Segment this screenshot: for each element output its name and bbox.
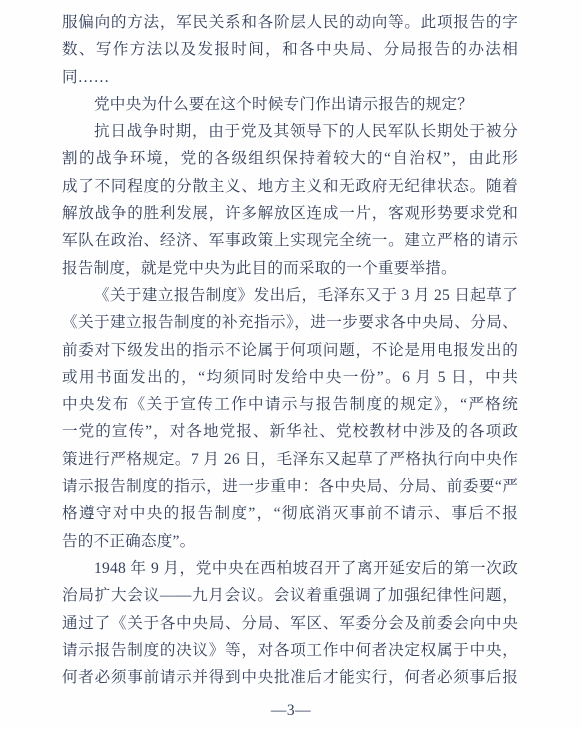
- text-line: 策进行严格规定。7 月 26 日，毛泽东又起草了严格执行向中央作: [62, 446, 518, 473]
- text-line: 一党的宣传”，对各地党报、新华社、党校教材中涉及的各项政: [62, 418, 518, 445]
- text-line: 告的不正确态度”。: [62, 528, 518, 555]
- page-number: —3—: [0, 699, 582, 723]
- text-line: 解放战争的胜利发展，许多解放区连成一片，客观形势要求党和: [62, 200, 518, 227]
- text-line: 报告制度，就是党中央为此目的而采取的一个重要举措。: [62, 255, 518, 282]
- text-line: 1948 年 9 月，党中央在西柏坡召开了离开延安后的第一次政: [62, 555, 518, 582]
- text-line: 《关于建立报告制度的补充指示》，进一步要求各中央局、分局、: [62, 309, 518, 336]
- document-page: 服偏向的方法，军民关系和各阶层人民的动向等。此项报告的字 数、写作方法以及发报时…: [0, 0, 582, 729]
- text-line: 数、写作方法以及发报时间，和各中央局、分局报告的办法相: [62, 36, 518, 63]
- text-line: 何者必须事前请示并得到中央批准后才能实行，何者必须事后报: [62, 664, 518, 691]
- text-line: 抗日战争时期，由于党及其领导下的人民军队长期处于被分: [62, 118, 518, 145]
- text-line: 《关于建立报告制度》发出后，毛泽东又于 3 月 25 日起草了: [62, 282, 518, 309]
- text-line: 或用书面发出的，“均须同时发给中央一份”。6 月 5 日，中共: [62, 364, 518, 391]
- text-line: 前委对下级发出的指示不论属于何项问题，不论是用电报发出的: [62, 337, 518, 364]
- document-body: 服偏向的方法，军民关系和各阶层人民的动向等。此项报告的字 数、写作方法以及发报时…: [62, 9, 518, 691]
- text-line: 军队在政治、经济、军事政策上实现完全统一。建立严格的请示: [62, 227, 518, 254]
- text-line: 同……: [62, 64, 518, 91]
- text-line: 请示报告制度的决议》等，对各项工作中何者决定权属于中央，: [62, 637, 518, 664]
- text-line: 党中央为什么要在这个时候专门作出请示报告的规定？: [62, 91, 518, 118]
- text-line: 成了不同程度的分散主义、地方主义和无政府无纪律状态。随着: [62, 173, 518, 200]
- text-line: 中央发布《关于宣传工作中请示与报告制度的规定》，“严格统: [62, 391, 518, 418]
- text-line: 服偏向的方法，军民关系和各阶层人民的动向等。此项报告的字: [62, 9, 518, 36]
- text-line: 治局扩大会议——九月会议。会议着重强调了加强纪律性问题，: [62, 582, 518, 609]
- text-line: 通过了《关于各中央局、分局、军区、军委分会及前委会向中央: [62, 610, 518, 637]
- text-line: 割的战争环境，党的各级组织保持着较大的“自治权”，由此形: [62, 145, 518, 172]
- text-line: 请示报告制度的指示，进一步重申：各中央局、分局、前委要“严: [62, 473, 518, 500]
- text-line: 格遵守对中央的报告制度”，“彻底消灭事前不请示、事后不报: [62, 500, 518, 527]
